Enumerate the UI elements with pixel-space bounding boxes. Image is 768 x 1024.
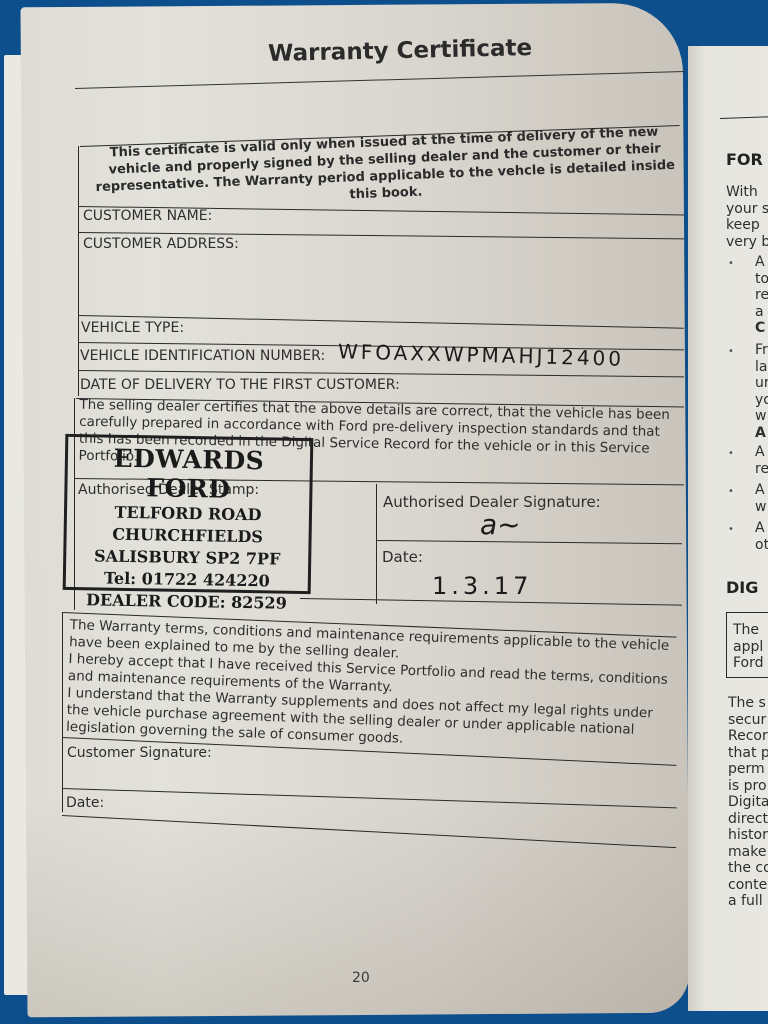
bullet-icon: •	[728, 486, 734, 497]
vehicle-type-label: VEHICLE TYPE:	[81, 320, 184, 336]
right-heading-ford: FOR	[726, 150, 763, 169]
bullet-icon: •	[728, 258, 734, 269]
column-divider	[376, 484, 377, 604]
customer-name-label: CUSTOMER NAME:	[83, 208, 212, 224]
vin-label: VEHICLE IDENTIFICATION NUMBER:	[80, 348, 325, 364]
stamp-dealer-name: EDWARDS FORD	[67, 443, 310, 505]
customer-address-label: CUSTOMER ADDRESS:	[83, 236, 239, 252]
right-heading-digital: DIG	[726, 578, 758, 597]
customer-signature-label: Customer Signature:	[67, 745, 212, 761]
dealer-date-value: 1.3.17	[432, 572, 532, 600]
bullet-icon: •	[728, 346, 734, 357]
bullet-icon: •	[728, 448, 734, 459]
customer-date-label: Date:	[66, 795, 104, 811]
bullet-icon: •	[728, 524, 734, 535]
right-intro: With your s keep very b	[726, 184, 768, 250]
dealer-date-label: Date:	[382, 548, 423, 566]
page-number: 20	[352, 970, 370, 986]
customer-declaration: The Warranty terms, conditions and maint…	[70, 617, 680, 736]
dealer-signature: a~	[480, 508, 521, 541]
stamp-town-postcode: SALISBURY SP2 7PF	[66, 545, 308, 571]
delivery-date-label: DATE OF DELIVERY TO THE FIRST CUSTOMER:	[80, 377, 400, 393]
dealer-stamp: EDWARDS FORD TELFORD ROAD CHURCHFIELDS S…	[63, 434, 314, 594]
right-body: The s secur Recor that p perm is pro Dig…	[728, 695, 768, 910]
